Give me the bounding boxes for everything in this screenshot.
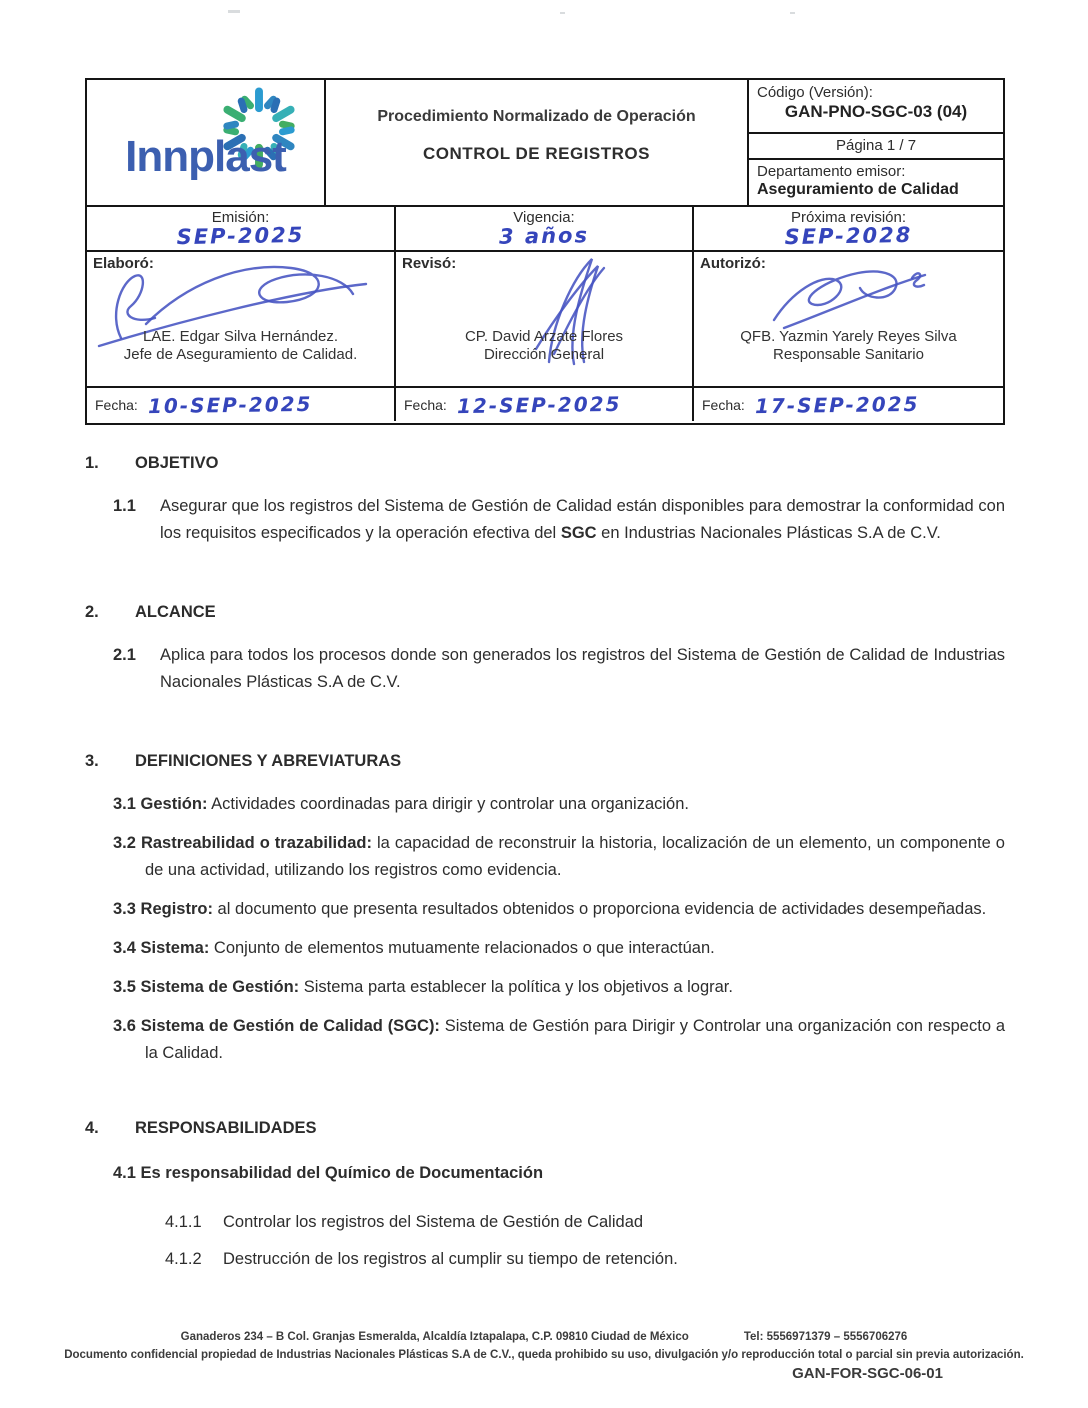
footer-form-code: GAN-FOR-SGC-06-01 [0, 1365, 1088, 1383]
document-type: Procedimiento Normalizado de Operación [326, 108, 747, 126]
scan-artifact [560, 12, 565, 14]
autorizo-fecha-cell: Fecha: 17-SEP-2025 [692, 388, 1003, 421]
clause-3-4: 3.4 Sistema: Conjunto de elementos mutua… [113, 935, 1005, 962]
code-label: Código (Versión): [757, 84, 995, 101]
section-title: DEFINICIONES Y ABREVIATURAS [135, 748, 401, 775]
header-row-signatures: Elaboró: LAE. Edgar Silva Hernández. Jef… [87, 250, 1003, 386]
logo-wordmark: Innplast [87, 132, 324, 182]
clause-3-6: 3.6 Sistema de Gestión de Calidad (SGC):… [113, 1013, 1005, 1067]
elaboro-fecha-handwritten: 10-SEP-2025 [148, 391, 313, 417]
company-phone: Tel: 5556971379 – 5556706276 [744, 1328, 908, 1346]
document-body: 1. OBJETIVO 1.1 Asegurar que los registr… [85, 450, 1005, 1273]
section-title: OBJETIVO [135, 450, 218, 477]
page-indicator: Página 1 / 7 [749, 134, 1003, 160]
emission-handwritten-value: SEP-2025 [87, 221, 394, 250]
reviso-name-block: CP. David Arzate Flores Dirección Genera… [396, 328, 692, 364]
clause-4-1-2: 4.1.2 Destrucción de los registros al cu… [165, 1246, 1005, 1273]
autorizo-signature [762, 260, 942, 338]
header-row-dates: Emisión: SEP-2025 Vigencia: 3 años Próxi… [87, 205, 1003, 250]
elaboro-cell: Elaboró: LAE. Edgar Silva Hernández. Jef… [87, 252, 394, 386]
clause-number: 4.1.2 [165, 1246, 223, 1273]
clause-4-1: 4.1 Es responsabilidad del Químico de Do… [113, 1160, 1005, 1187]
clause-1-1: 1.1 Asegurar que los registros del Siste… [113, 493, 1005, 547]
elaboro-name-block: LAE. Edgar Silva Hernández. Jefe de Aseg… [87, 328, 394, 364]
reviso-name: CP. David Arzate Flores [396, 328, 692, 346]
section-number: 4. [85, 1115, 135, 1142]
elaboro-fecha-cell: Fecha: 10-SEP-2025 [87, 388, 394, 421]
section-number: 3. [85, 748, 135, 775]
clause-2-1: 2.1 Aplica para todos los procesos donde… [113, 642, 1005, 696]
department-box: Departamento emisor: Aseguramiento de Ca… [749, 160, 1003, 205]
reviso-cell: Revisó: CP. David Arzate Flores Direcció… [394, 252, 692, 386]
department-label: Departamento emisor: [757, 163, 995, 180]
clause-text: Destrucción de los registros al cumplir … [223, 1246, 678, 1273]
code-column: Código (Versión): GAN-PNO-SGC-03 (04) Pá… [747, 80, 1003, 205]
title-cell: Procedimiento Normalizado de Operación C… [324, 80, 747, 205]
company-address: Ganaderos 234 – B Col. Granjas Esmeralda… [181, 1328, 689, 1346]
next-review-handwritten-value: SEP-2028 [694, 221, 1003, 250]
confidentiality-notice: Documento confidencial propiedad de Indu… [0, 1346, 1088, 1364]
document-title: CONTROL DE REGISTROS [326, 144, 747, 164]
clause-3-2: 3.2 Rastreabilidad o trazabilidad: la ca… [113, 830, 1005, 884]
section-3-heading: 3. DEFINICIONES Y ABREVIATURAS [85, 748, 1005, 775]
validity-cell: Vigencia: 3 años [394, 207, 692, 250]
emission-cell: Emisión: SEP-2025 [87, 207, 394, 250]
code-value: GAN-PNO-SGC-03 (04) [757, 102, 995, 122]
fecha-label: Fecha: [702, 397, 745, 413]
fecha-label: Fecha: [404, 397, 447, 413]
code-box: Código (Versión): GAN-PNO-SGC-03 (04) [749, 80, 1003, 134]
header-table: Innplast Procedimiento Normalizado de Op… [85, 78, 1005, 425]
clause-text: Asegurar que los registros del Sistema d… [160, 493, 1005, 547]
validity-handwritten-value: 3 años [396, 221, 692, 250]
autorizo-name: QFB. Yazmin Yarely Reyes Silva [694, 328, 1003, 346]
clause-3-3: 3.3 Registro: al documento que presenta … [113, 896, 1005, 923]
header-row-title: Innplast Procedimiento Normalizado de Op… [87, 80, 1003, 205]
reviso-role: Dirección General [396, 346, 692, 364]
footer-address-line: Ganaderos 234 – B Col. Granjas Esmeralda… [0, 1328, 1088, 1346]
autorizo-fecha-handwritten: 17-SEP-2025 [755, 391, 920, 417]
autorizo-name-block: QFB. Yazmin Yarely Reyes Silva Responsab… [694, 328, 1003, 364]
clause-3-1: 3.1 Gestión: Actividades coordinadas par… [113, 791, 1005, 818]
section-title: RESPONSABILIDADES [135, 1115, 317, 1142]
autorizo-role: Responsable Sanitario [694, 346, 1003, 364]
scan-artifact [790, 12, 795, 14]
clause-3-5: 3.5 Sistema de Gestión: Sistema parta es… [113, 974, 1005, 1001]
reviso-fecha-cell: Fecha: 12-SEP-2025 [394, 388, 692, 421]
department-value: Aseguramiento de Calidad [757, 181, 995, 199]
clause-number: 2.1 [113, 642, 160, 696]
document-page: Innplast Procedimiento Normalizado de Op… [0, 0, 1088, 1408]
page-footer: Ganaderos 234 – B Col. Granjas Esmeralda… [0, 1328, 1088, 1383]
clause-text: Controlar los registros del Sistema de G… [223, 1209, 643, 1236]
logo-cell: Innplast [87, 80, 324, 205]
section-4-heading: 4. RESPONSABILIDADES [85, 1115, 1005, 1142]
clause-number: 4.1.1 [165, 1209, 223, 1236]
scan-artifact [228, 10, 240, 13]
autorizo-cell: Autorizó: QFB. Yazmin Yarely Reyes Silva… [692, 252, 1003, 386]
section-title: ALCANCE [135, 599, 216, 626]
elaboro-name: LAE. Edgar Silva Hernández. [87, 328, 394, 346]
clause-number: 1.1 [113, 493, 160, 547]
section-number: 1. [85, 450, 135, 477]
clause-4-1-1: 4.1.1 Controlar los registros del Sistem… [165, 1209, 1005, 1236]
clause-text: Aplica para todos los procesos donde son… [160, 642, 1005, 696]
section-2-heading: 2. ALCANCE [85, 599, 1005, 626]
reviso-fecha-handwritten: 12-SEP-2025 [457, 391, 622, 417]
fecha-label: Fecha: [95, 397, 138, 413]
section-1-heading: 1. OBJETIVO [85, 450, 1005, 477]
header-row-fecha: Fecha: 10-SEP-2025 Fecha: 12-SEP-2025 Fe… [87, 386, 1003, 421]
next-review-cell: Próxima revisión: SEP-2028 [692, 207, 1003, 250]
elaboro-role: Jefe de Aseguramiento de Calidad. [87, 346, 394, 364]
section-number: 2. [85, 599, 135, 626]
